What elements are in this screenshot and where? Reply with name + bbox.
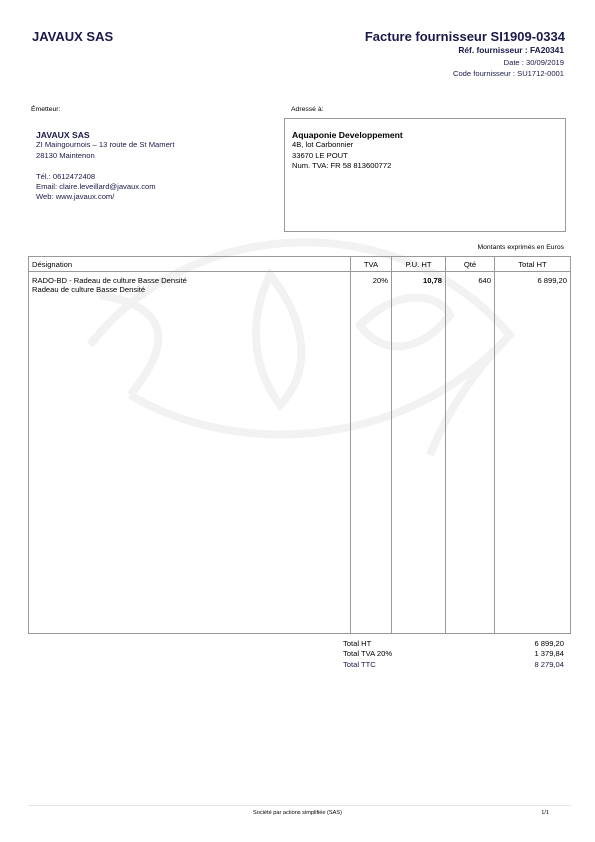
emitter-label: Émetteur: xyxy=(31,106,60,113)
footer-legal-text: Société par actions simplifiée (SAS) xyxy=(0,810,595,816)
column-header-unit-price: P.U. HT xyxy=(392,257,446,272)
table-header-row: Désignation TVA P.U. HT Qté Total HT xyxy=(29,257,571,272)
emitter-address-line2: 28130 Maintenon xyxy=(36,151,174,161)
footer-divider xyxy=(28,805,571,806)
line-designation-cell: RADO-BD - Radeau de culture Basse Densit… xyxy=(29,272,351,297)
supplier-reference: Réf. fournisseur : FA20341 xyxy=(458,45,564,55)
total-tva-label: Total TVA 20% xyxy=(343,649,392,659)
emitter-web: Web: www.javaux.com/ xyxy=(36,192,174,202)
line-description: Radeau de culture Basse Densité xyxy=(32,285,347,294)
total-ht-row: Total HT 6 899,20 xyxy=(343,639,564,649)
emitter-email: Email: claire.leveillard@javaux.com xyxy=(36,182,174,192)
total-ttc-value: 8 279,04 xyxy=(534,660,564,670)
currency-note: Montants exprimés en Euros xyxy=(477,244,564,251)
invoice-date: Date : 30/09/2019 xyxy=(504,58,564,67)
total-tva-value: 1 379,84 xyxy=(534,649,564,659)
page-number: 1/1 xyxy=(541,810,549,816)
recipient-label: Adressé à: xyxy=(291,106,324,113)
recipient-name: Aquaponie Developpement xyxy=(292,130,403,140)
column-header-designation: Désignation xyxy=(29,257,351,272)
line-qty: 640 xyxy=(446,272,495,297)
column-header-total: Total HT xyxy=(495,257,571,272)
invoice-title: Facture fournisseur SI1909-0334 xyxy=(365,29,565,44)
total-ht-label: Total HT xyxy=(343,639,371,649)
total-tva-row: Total TVA 20% 1 379,84 xyxy=(343,649,564,659)
table-row: RADO-BD - Radeau de culture Basse Densit… xyxy=(29,272,571,297)
emitter-phone: Tél.: 0612472408 xyxy=(36,172,174,182)
totals-block: Total HT 6 899,20 Total TVA 20% 1 379,84… xyxy=(343,639,564,670)
line-total: 6 899,20 xyxy=(495,272,571,297)
supplier-code: Code fournisseur : SU1712-0001 xyxy=(453,69,564,78)
line-unit-price: 10,78 xyxy=(392,272,446,297)
recipient-address-line1: 4B, lot Carbonnier xyxy=(292,140,403,150)
recipient-address-line2: 33670 LE POUT xyxy=(292,151,403,161)
line-tva: 20% xyxy=(351,272,392,297)
emitter-address-line1: ZI Maingournois – 13 route de St Mamert xyxy=(36,140,174,150)
recipient-vat-number: Num. TVA: FR 58 813600772 xyxy=(292,161,403,171)
line-designation: RADO-BD - Radeau de culture Basse Densit… xyxy=(32,276,347,285)
invoice-lines-table: Désignation TVA P.U. HT Qté Total HT RAD… xyxy=(28,256,571,634)
total-ht-value: 6 899,20 xyxy=(534,639,564,649)
column-header-qty: Qté xyxy=(446,257,495,272)
table-filler-row xyxy=(29,296,571,634)
column-header-tva: TVA xyxy=(351,257,392,272)
total-ttc-row: Total TTC 8 279,04 xyxy=(343,660,564,670)
emitter-block: JAVAUX SAS ZI Maingournois – 13 route de… xyxy=(36,130,174,203)
emitter-name: JAVAUX SAS xyxy=(36,130,174,140)
recipient-block: Aquaponie Developpement 4B, lot Carbonni… xyxy=(292,130,403,172)
total-ttc-label: Total TTC xyxy=(343,660,376,670)
company-name: JAVAUX SAS xyxy=(32,29,113,44)
